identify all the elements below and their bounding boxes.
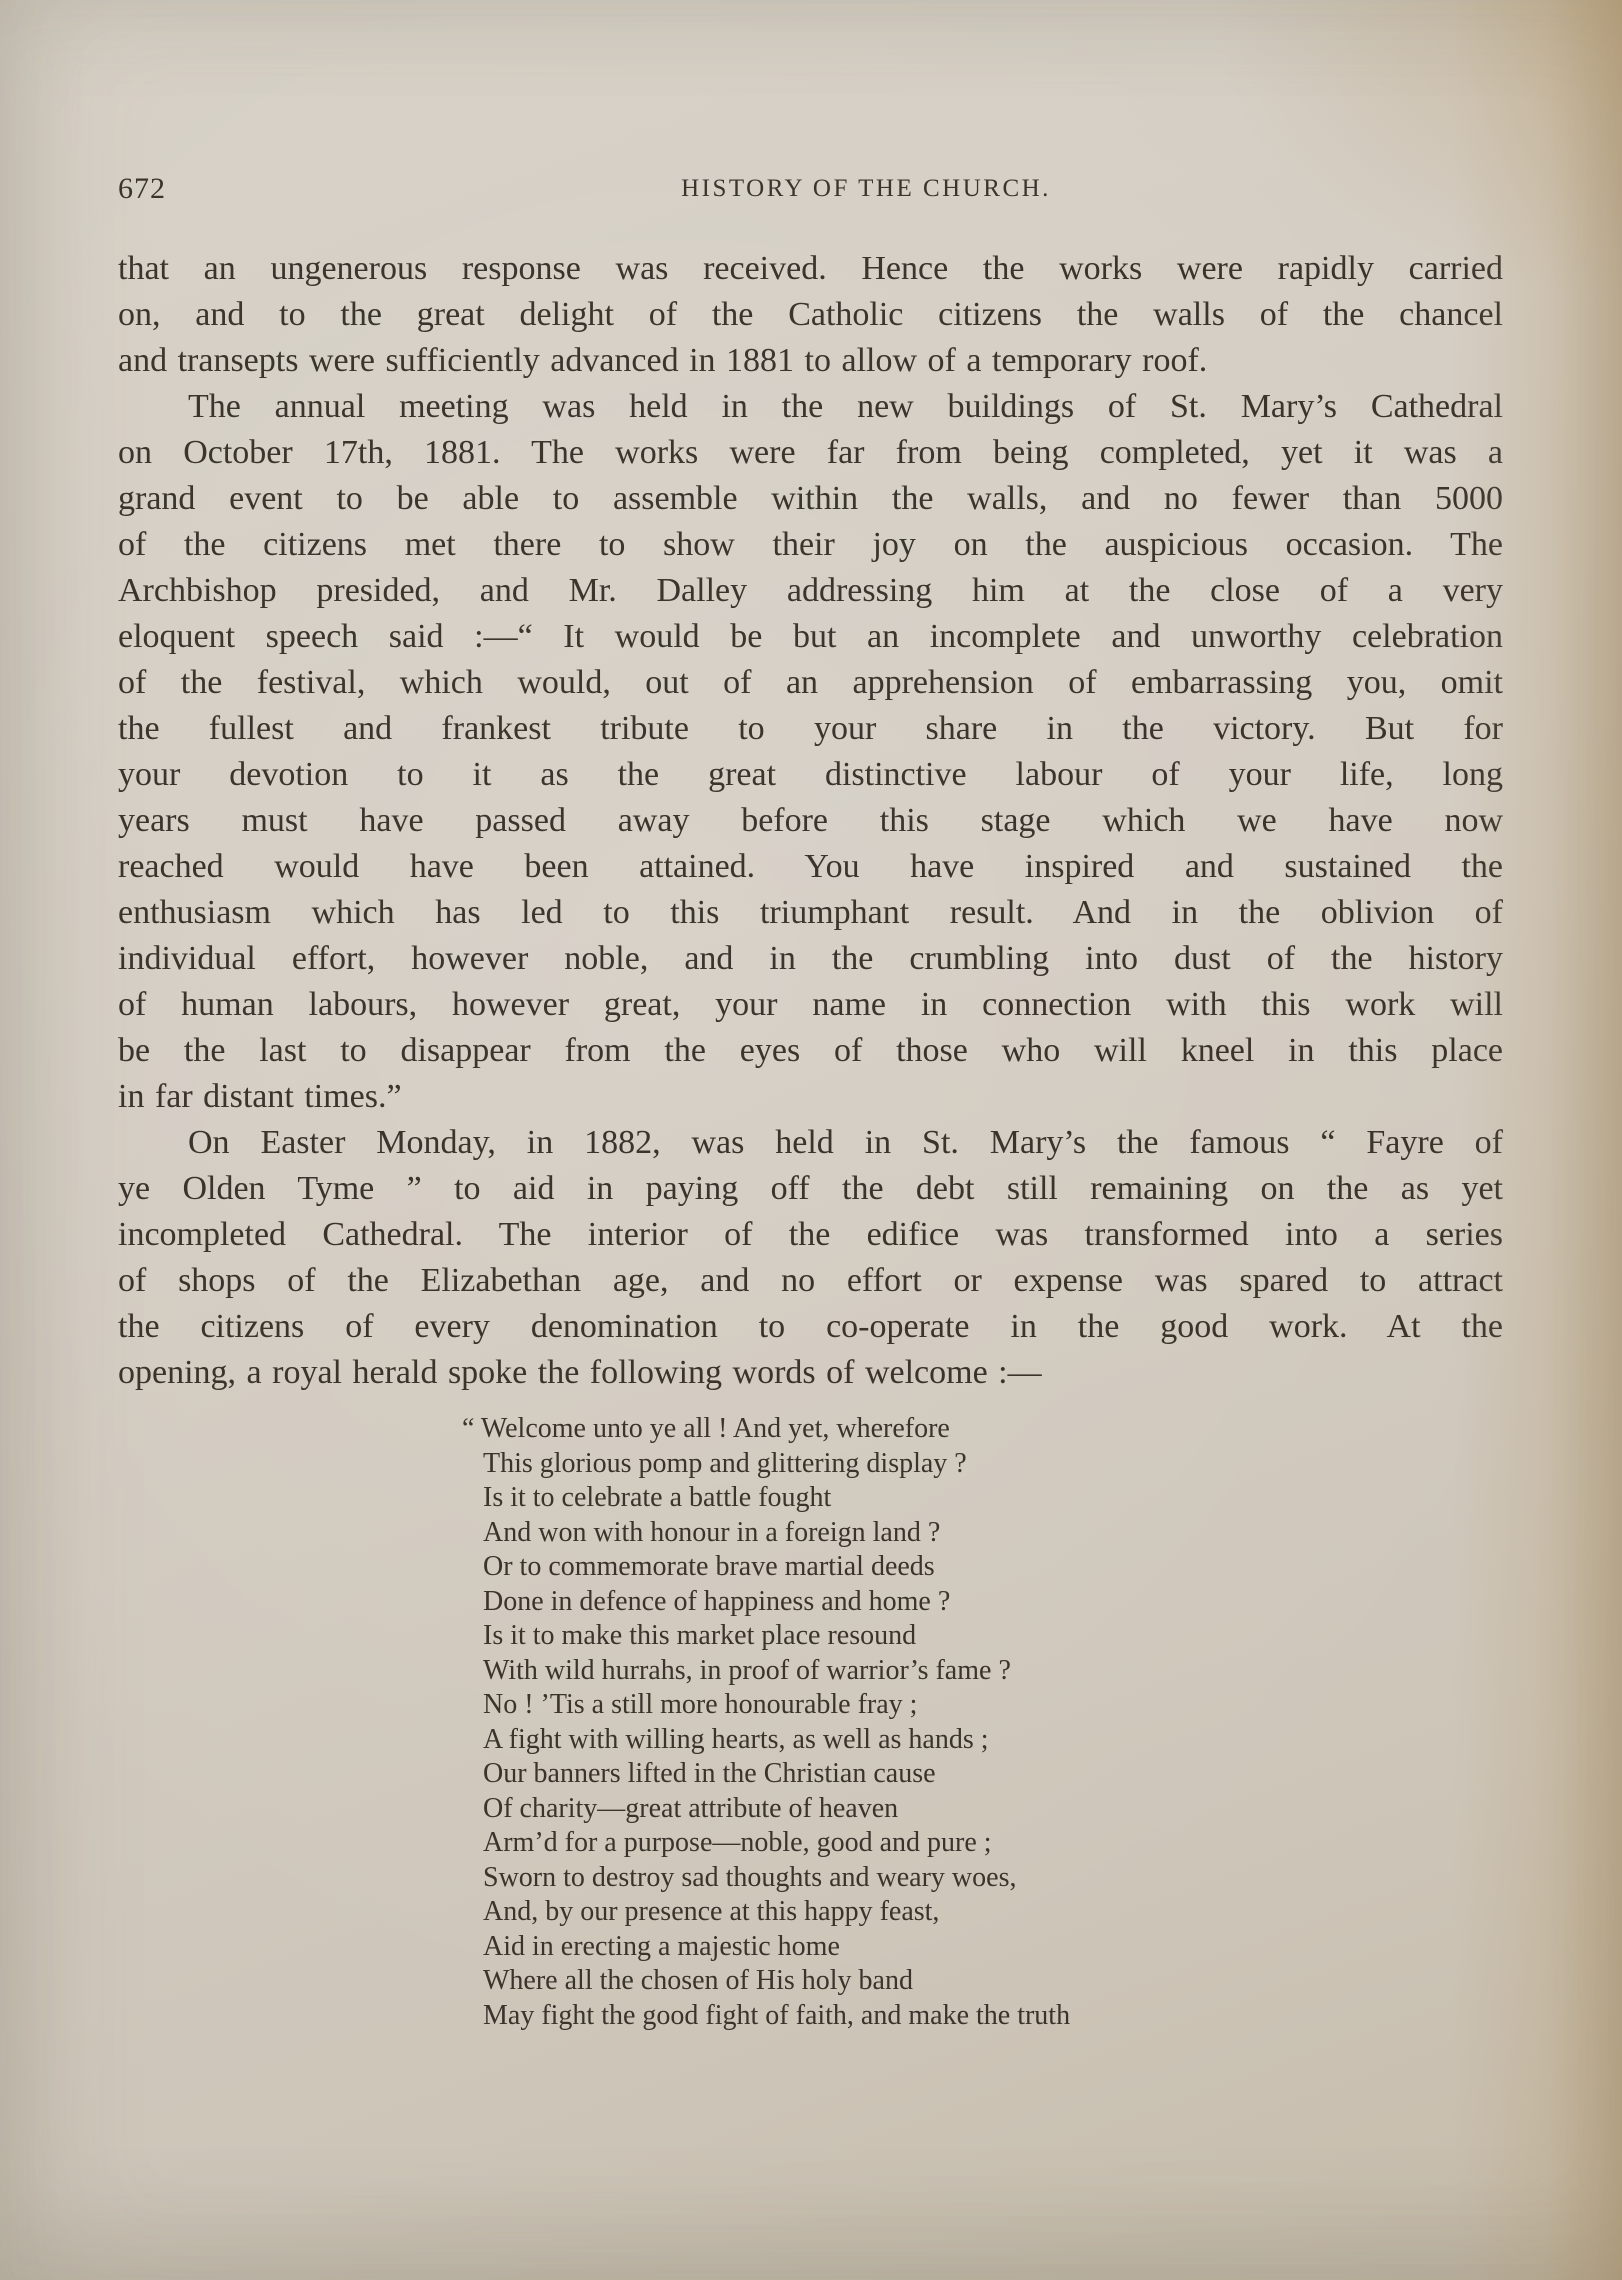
poem-line: And won with honour in a foreign land ? — [462, 1516, 1222, 1551]
text-line: individual effort, however noble, and in… — [118, 936, 1503, 982]
poem-line: And, by our presence at this happy feast… — [462, 1895, 1222, 1930]
text-line: the citizens of every denomination to co… — [118, 1304, 1503, 1350]
text-line: that an ungenerous response was received… — [118, 246, 1503, 292]
book-page: 672 HISTORY OF THE CHURCH. that an ungen… — [0, 0, 1622, 2280]
poem-line: This glorious pomp and glittering displa… — [462, 1447, 1222, 1482]
text-line: on October 17th, 1881. The works were fa… — [118, 430, 1503, 476]
poem-line: May fight the good fight of faith, and m… — [462, 1999, 1222, 2034]
text-line: grand event to be able to assemble withi… — [118, 476, 1503, 522]
text-line: reached would have been attained. You ha… — [118, 844, 1503, 890]
poem-line: A fight with willing hearts, as well as … — [462, 1723, 1222, 1758]
paragraph: The annual meeting was held in the new b… — [118, 384, 1503, 1120]
paragraph: that an ungenerous response was received… — [118, 246, 1503, 384]
poem-line: Sworn to destroy sad thoughts and weary … — [462, 1861, 1222, 1896]
text-line: of the citizens met there to show their … — [118, 522, 1503, 568]
text-line: of the festival, which would, out of an … — [118, 660, 1503, 706]
text-line: of shops of the Elizabethan age, and no … — [118, 1258, 1503, 1304]
page-number: 672 — [118, 172, 166, 206]
text-line: in far distant times.” — [118, 1074, 1503, 1120]
text-line: Archbishop presided, and Mr. Dalley addr… — [118, 568, 1503, 614]
text-line: incompleted Cathedral. The interior of t… — [118, 1212, 1503, 1258]
text-line: On Easter Monday, in 1882, was held in S… — [118, 1120, 1503, 1166]
poem-line: “ Welcome unto ye all ! And yet, wherefo… — [462, 1412, 1222, 1447]
poem-line: Is it to celebrate a battle fought — [462, 1481, 1222, 1516]
body-text: that an ungenerous response was received… — [118, 246, 1503, 1396]
text-line: enthusiasm which has led to this triumph… — [118, 890, 1503, 936]
poem-line: No ! ’Tis a still more honourable fray ; — [462, 1688, 1222, 1723]
poem-block: “ Welcome unto ye all ! And yet, wherefo… — [462, 1412, 1222, 2033]
text-line: of human labours, however great, your na… — [118, 982, 1503, 1028]
poem-line: Arm’d for a purpose—noble, good and pure… — [462, 1826, 1222, 1861]
page-header: 672 HISTORY OF THE CHURCH. — [118, 172, 1508, 206]
running-title: HISTORY OF THE CHURCH. — [681, 175, 1051, 203]
text-line: on, and to the great delight of the Cath… — [118, 292, 1503, 338]
text-line: The annual meeting was held in the new b… — [118, 384, 1503, 430]
text-line: ye Olden Tyme ” to aid in paying off the… — [118, 1166, 1503, 1212]
text-line: and transepts were sufficiently advanced… — [118, 338, 1503, 384]
text-line: years must have passed away before this … — [118, 798, 1503, 844]
text-line: your devotion to it as the great distinc… — [118, 752, 1503, 798]
poem-line: With wild hurrahs, in proof of warrior’s… — [462, 1654, 1222, 1689]
poem-line: Where all the chosen of His holy band — [462, 1964, 1222, 1999]
poem-line: Or to commemorate brave martial deeds — [462, 1550, 1222, 1585]
text-line: opening, a royal herald spoke the follow… — [118, 1350, 1503, 1396]
poem-line: Is it to make this market place resound — [462, 1619, 1222, 1654]
text-line: be the last to disappear from the eyes o… — [118, 1028, 1503, 1074]
poem-line: Our banners lifted in the Christian caus… — [462, 1757, 1222, 1792]
poem-line: Aid in erecting a majestic home — [462, 1930, 1222, 1965]
text-line: eloquent speech said :—“ It would be but… — [118, 614, 1503, 660]
poem-line: Of charity—great attribute of heaven — [462, 1792, 1222, 1827]
poem-line: Done in defence of happiness and home ? — [462, 1585, 1222, 1620]
text-line: the fullest and frankest tribute to your… — [118, 706, 1503, 752]
paragraph: On Easter Monday, in 1882, was held in S… — [118, 1120, 1503, 1396]
